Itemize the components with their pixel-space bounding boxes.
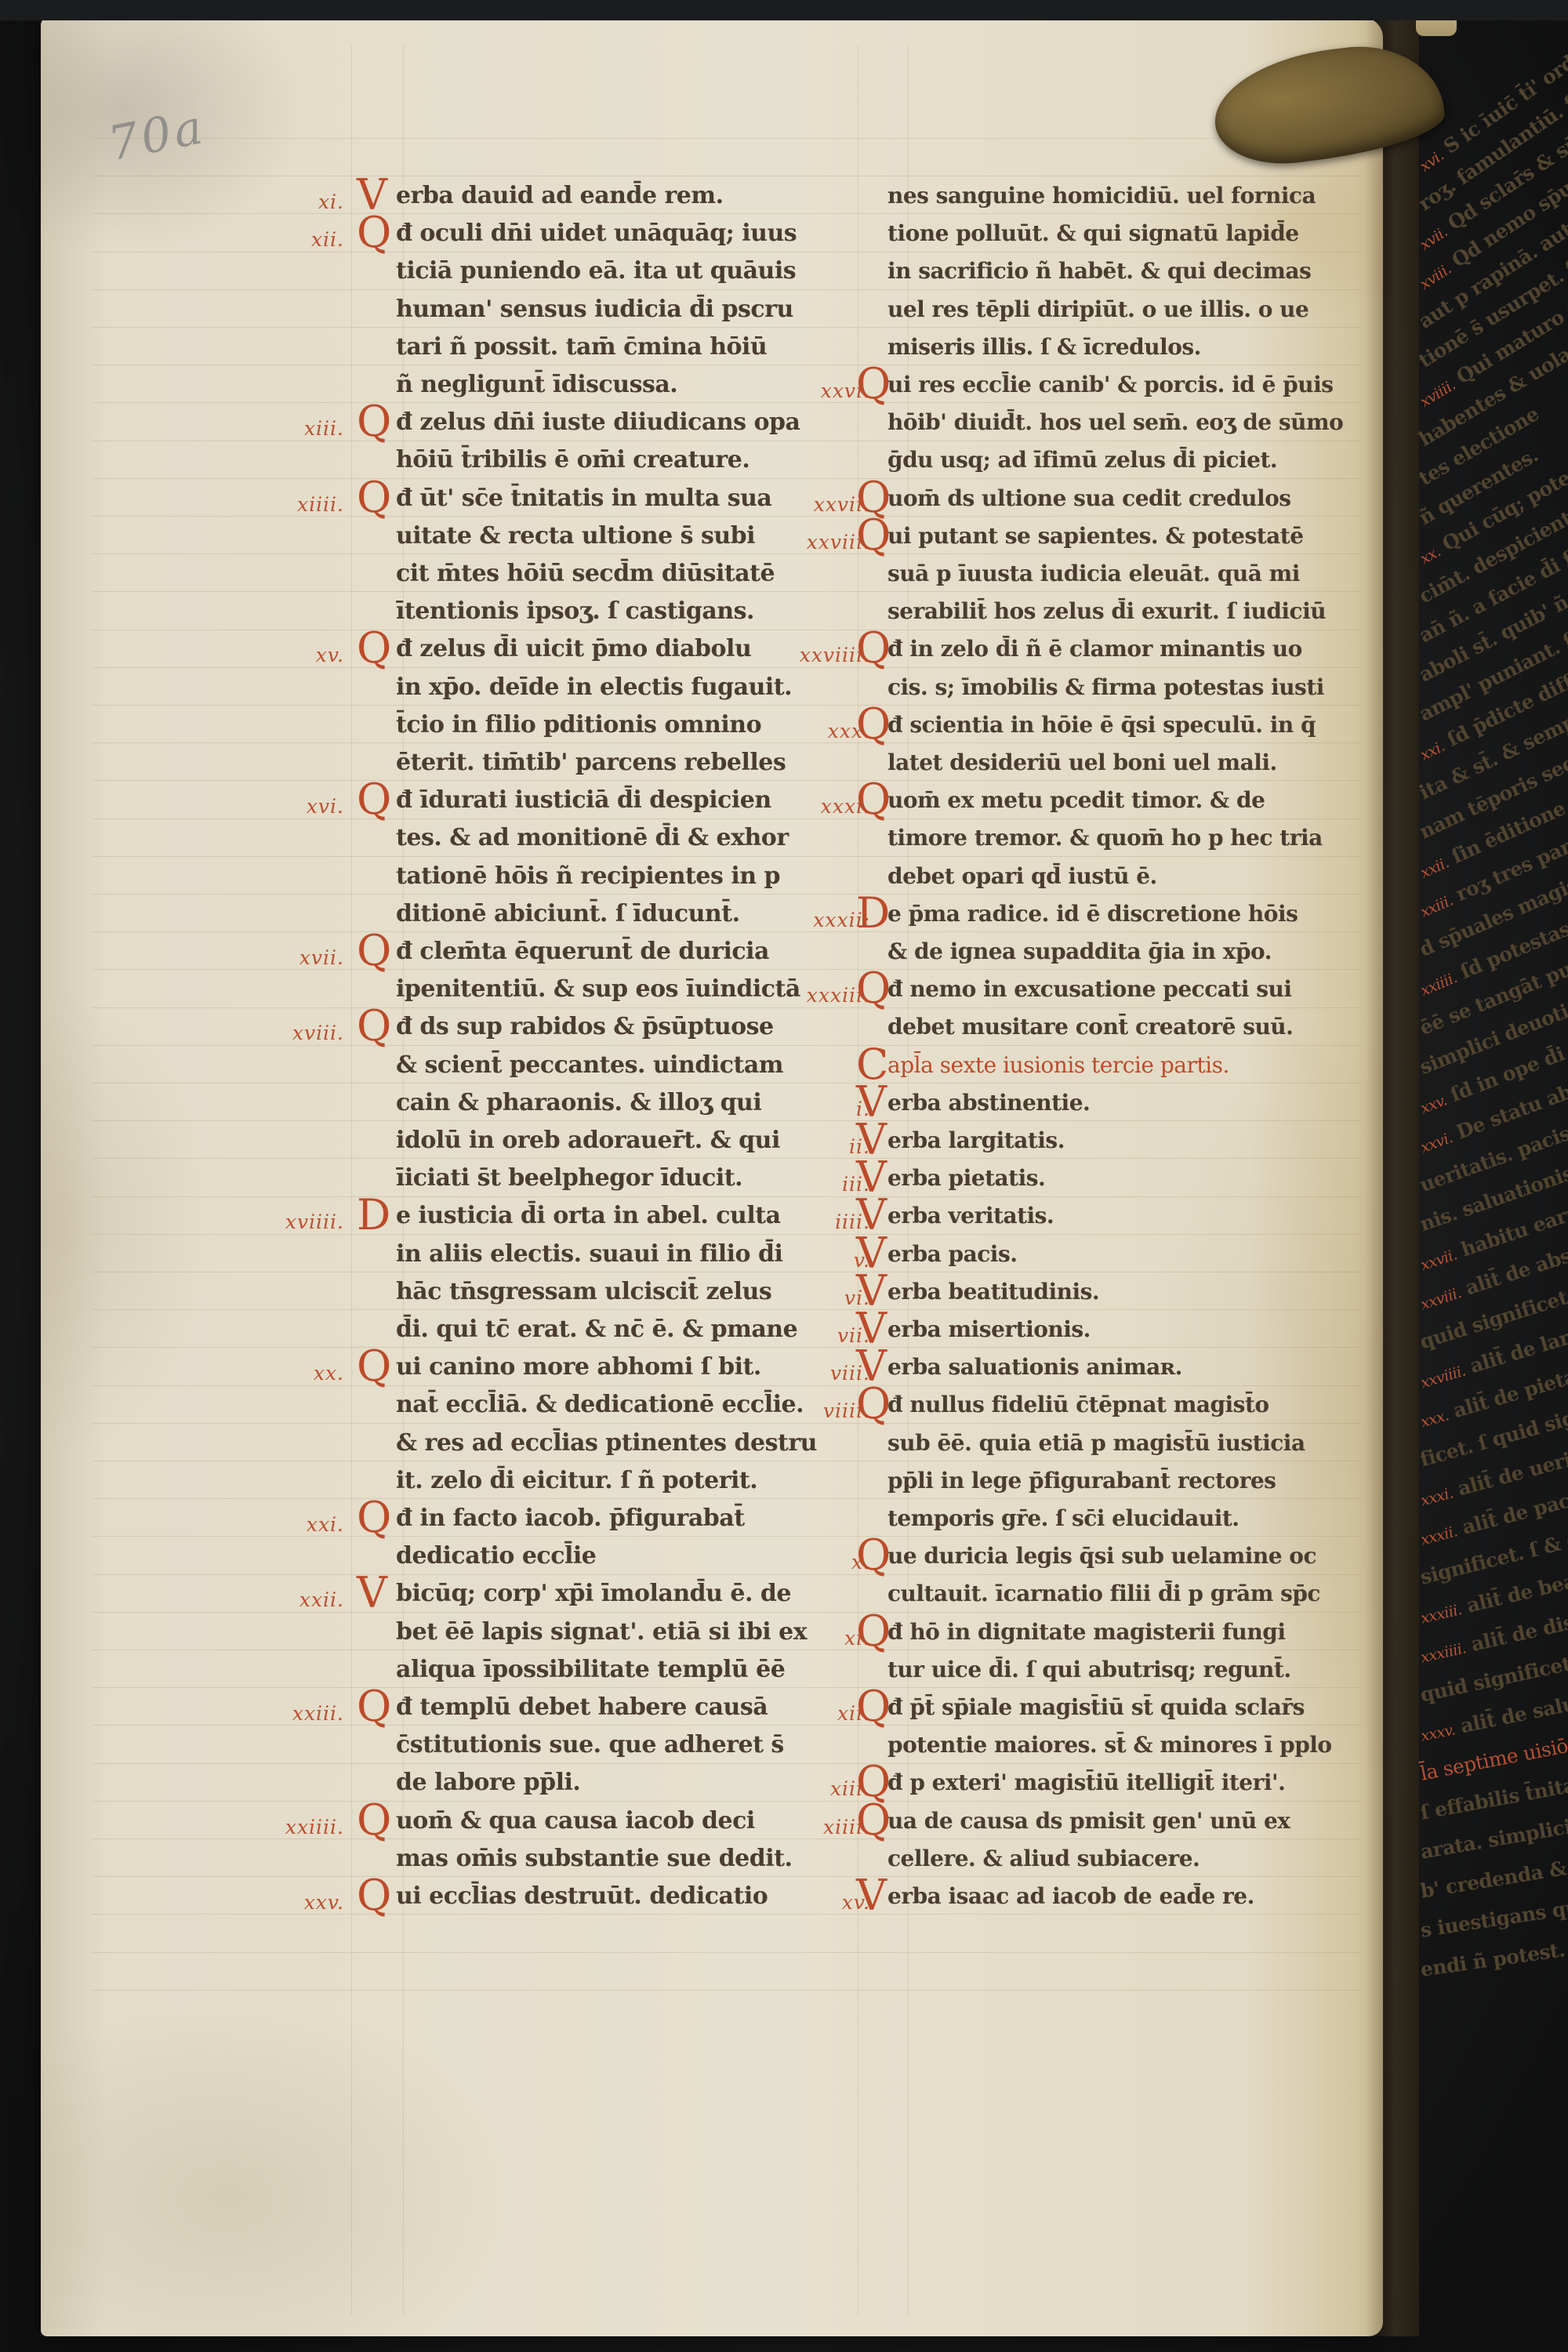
line-text: aliqua īpossibilitate templū ēē xyxy=(396,1656,785,1683)
text-line: xii.Qđ oculi dn̄i uidet unāquāq; iuus xyxy=(396,216,797,255)
text-line: viii.Verba saluationis animaʀ. xyxy=(887,1350,1182,1388)
red-chapter-initial: Q xyxy=(856,1383,891,1425)
line-text: temporis gr̄e. ſ sc̄i elucidauit. xyxy=(887,1505,1240,1531)
red-chapter-initial: Q xyxy=(856,1534,891,1577)
text-line: hōiū t̄ribilis ē om̄i creature. xyxy=(396,443,750,481)
line-text: uitate & recta ultione s̄ subi xyxy=(396,522,755,550)
text-line: cain & pharaonis. & illoʒ qui xyxy=(396,1086,761,1124)
margin-chapter-numeral: xxii. xyxy=(299,1583,344,1617)
line-text: đ ds sup rabidos & p̄sūptuose xyxy=(396,1013,774,1040)
margin-chapter-numeral: xx. xyxy=(1417,543,1443,568)
red-chapter-initial: Q xyxy=(357,1799,391,1842)
text-line: miseris illis. ſ & īcredulos. xyxy=(887,330,1201,368)
red-chapter-initial: Q xyxy=(357,779,391,821)
text-line: xxviii.Qui putant se sapientes. & potest… xyxy=(887,519,1304,557)
text-line: xxxi.Quom̄ ex metu pcedit timor. & de xyxy=(887,783,1265,822)
line-text: cit m̄tes hōiū secd̄m diūsitatē xyxy=(396,560,775,587)
line-text: & scient̄ peccantes. uindictam xyxy=(396,1051,783,1079)
margin-chapter-numeral: xxviii. xyxy=(1418,1284,1463,1313)
line-text: tari ñ possit. tam̄ c̄mina hōiū xyxy=(396,333,767,361)
line-text: ui eccl̄ias destruūt. dedicatio xyxy=(396,1882,768,1910)
margin-chapter-numeral: xxxiiii. xyxy=(1419,1639,1468,1666)
line-text: it. zelo d̄i eicitur. ſ ñ poterit. xyxy=(396,1467,757,1494)
text-line: serabilit̄ hos zelus d̄i exurit. ſ iudic… xyxy=(887,594,1326,633)
line-text: in xp̄o. deīde in electis fugauit. xyxy=(396,673,792,701)
margin-chapter-numeral: xxvi. xyxy=(1418,1129,1455,1156)
line-text: tationē hōis ñ recipientes in p xyxy=(396,862,780,890)
text-line: ītentionis ipsoʒ. ſ castigans. xyxy=(396,594,754,633)
red-chapter-initial: D xyxy=(856,892,890,935)
text-line: xiii.Qđ zelus dn̄i iuste diiudicans opa xyxy=(396,405,800,444)
line-text: đ nullus fideliū c̄tēpnat magist̄o xyxy=(887,1392,1269,1417)
line-text: debet opari qd̄ iustū ē. xyxy=(887,863,1157,889)
line-text: de labore pp̄li. xyxy=(396,1769,580,1796)
line-text: tes. & ad monitionē d̄i & exhor xyxy=(396,824,789,851)
line-text: ui res eccl̄ie canib' & porcis. id ē p̄… xyxy=(887,372,1334,397)
margin-chapter-numeral: xi. xyxy=(318,185,344,220)
red-chapter-initial: Q xyxy=(357,1345,391,1388)
background-top xyxy=(0,0,1568,20)
red-chapter-initial: Q xyxy=(357,477,391,519)
text-line: vi.Verba beatitudinis. xyxy=(887,1275,1099,1313)
text-line: aliqua īpossibilitate templū ēē xyxy=(396,1653,785,1691)
text-line: nat̄ eccl̄iā. & dedicationē eccl̄ie. xyxy=(396,1388,804,1426)
text-line: ḡdu usq; ad īfimū zelus d̄i piciet. xyxy=(887,443,1277,481)
text-line: xi.Verba dauid ad eand̄e rem. xyxy=(396,179,724,217)
text-line: pp̄li in lege p̄figurabant̄ rectores xyxy=(887,1464,1276,1502)
margin-chapter-numeral: xviiii. xyxy=(285,1205,344,1240)
margin-chapter-numeral: xxvii. xyxy=(1418,1246,1459,1274)
line-text: nes sanguine homicidiū. uel fornica xyxy=(887,183,1316,209)
text-line: bet ēē lapis signat'. etiā si ibi ex xyxy=(396,1615,807,1653)
line-text: đ īdurati iusticiā d̄i despicien xyxy=(396,786,771,814)
line-text: erba pietatis. xyxy=(887,1165,1045,1191)
red-chapter-initial: Q xyxy=(856,627,891,670)
text-line: temporis gr̄e. ſ sc̄i elucidauit. xyxy=(887,1501,1240,1540)
line-text: ēterit. tim̄tib' parcens rebelles xyxy=(396,749,786,776)
margin-chapter-numeral: xxx. xyxy=(1419,1406,1451,1431)
text-line: human' sensus iudicia d̄i pscru xyxy=(396,292,793,331)
margin-chapter-numeral: xiiii. xyxy=(297,488,344,522)
red-chapter-initial: Q xyxy=(357,212,391,254)
line-text: bicūq; corp' xp̄i īmoland̄u ē. de xyxy=(396,1580,791,1607)
margin-chapter-numeral: xxi. xyxy=(307,1508,344,1542)
text-line: timore tremor. & quom̄ ho p hec tria xyxy=(887,821,1323,859)
margin-chapter-numeral: xvi. xyxy=(1417,147,1446,175)
red-chapter-initial: Q xyxy=(856,1610,891,1653)
margin-chapter-numeral: xviiii. xyxy=(1417,376,1459,411)
line-text: erba saluationis animaʀ. xyxy=(887,1354,1182,1380)
line-text: potentie maiores. st̄ & minores ī pplo xyxy=(887,1732,1332,1758)
text-line: xxvi.Qui res eccl̄ie canib' & porcis. id… xyxy=(887,368,1334,406)
line-text: cellere. & aliud subiacere. xyxy=(887,1846,1200,1871)
text-line: it. zelo d̄i eicitur. ſ ñ poterit. xyxy=(396,1464,757,1502)
text-line: xxv.Qui eccl̄ias destruūt. dedicatio xyxy=(396,1879,768,1918)
margin-chapter-numeral: xiii. xyxy=(304,412,344,446)
line-text: suā p īuusta iudicia eleuāt. quā mi xyxy=(887,561,1300,586)
text-line: dedicatio eccl̄ie xyxy=(396,1539,596,1577)
line-text: đ zelus d̄i uicit p̄mo diabolu xyxy=(396,635,751,662)
line-text: & de ignea supaddita ḡia in xp̄o. xyxy=(887,938,1272,964)
margin-chapter-numeral: xxxiii. xyxy=(1419,1601,1464,1628)
line-text: đ p̄t̄ sp̄iale magist̄iū st̄ quida scla… xyxy=(887,1694,1305,1720)
text-line: xxi.Qđ in facto iacob. p̄figurabat̄ xyxy=(396,1501,745,1540)
line-text: uel res tēpli diripiūt. o ue illis. o … xyxy=(887,296,1308,322)
red-chapter-initial: Q xyxy=(357,1497,391,1539)
text-line: xxxiii.Qđ nemo in excusatione peccati su… xyxy=(887,972,1292,1011)
text-line: xxxii:De p̄ma radice. id ē discretione … xyxy=(887,897,1298,935)
line-text: erba isaac ad iacob de ead̄e re. xyxy=(887,1883,1254,1909)
gutter-shadow xyxy=(1366,17,1419,2336)
manuscript-photo: { "folio": "70a", "colors": { "backgroun… xyxy=(0,0,1568,2352)
text-line: in aliis electis. suaui in filio d̄i xyxy=(396,1237,782,1276)
red-chapter-initial: Q xyxy=(357,1686,391,1728)
text-line: iiii.Verba veritatis. xyxy=(887,1199,1054,1237)
text-line: nes sanguine homicidiū. uel fornica xyxy=(887,179,1316,217)
text-line: iii.Verba pietatis. xyxy=(887,1161,1045,1200)
text-line: tationē hōis ñ recipientes in p xyxy=(396,859,780,898)
line-text: ui putant se sapientes. & potestatē xyxy=(887,523,1304,549)
red-chapter-initial: Q xyxy=(357,401,391,443)
line-text: tur uice d̄i. ſ qui abutrisq; regunt̄. xyxy=(887,1657,1291,1682)
text-line: īiciati s̄t beelphegor īducit. xyxy=(396,1161,742,1200)
text-line: xxx.Qđ scientia in hōie ē q̄si speculu… xyxy=(887,708,1316,746)
line-text: đ ūt' sc̄e t̄nitatis in multa sua xyxy=(396,485,771,512)
red-chapter-initial: V xyxy=(357,1572,387,1614)
line-text: ue duricia legis q̄si sub uelamine oc xyxy=(887,1543,1316,1569)
line-text: erba abstinentie. xyxy=(887,1090,1090,1116)
text-line: tur uice d̄i. ſ qui abutrisq; regunt̄. xyxy=(887,1653,1291,1691)
text-line: ii.Verba largitatis. xyxy=(887,1123,1065,1162)
red-chapter-initial: Q xyxy=(856,779,891,821)
text-line: in sacrificio ñ habēt. & qui decimas xyxy=(887,254,1311,292)
text-line: xv.Verba isaac ad iacob de ead̄e re. xyxy=(887,1879,1254,1918)
text-line: cit m̄tes hōiū secd̄m diūsitatē xyxy=(396,557,775,595)
line-text: ditionē abiciunt̄. ſ īducunt̄. xyxy=(396,900,740,927)
text-line: uel res tēpli diripiūt. o ue illis. o … xyxy=(887,292,1308,331)
line-text: pp̄li in lege p̄figurabant̄ rectores xyxy=(887,1468,1276,1494)
margin-chapter-numeral: xxi. xyxy=(1417,738,1447,764)
line-text: đ templū debet habere causā xyxy=(396,1693,768,1721)
line-text: cultauit. īcarnatio filii d̄i p grām s… xyxy=(887,1581,1320,1606)
text-line: cellere. & aliud subiacere. xyxy=(887,1842,1200,1880)
text-line: xiiii.Qua de causa ds pmisit gen' unū e… xyxy=(887,1804,1290,1842)
text-line: t̄cio in filio pditionis omnino xyxy=(396,708,761,746)
margin-chapter-numeral: xxiiii. xyxy=(1418,969,1460,1000)
red-chapter-initial: Q xyxy=(357,1005,391,1047)
text-line: i.Verba abstinentie. xyxy=(887,1086,1090,1124)
margin-chapter-numeral: xxv. xyxy=(1418,1091,1450,1117)
line-text: e p̄ma radice. id ē discretione hōis xyxy=(887,901,1298,927)
margin-chapter-numeral: xxiii. xyxy=(1418,891,1456,920)
text-line: xxviiii.Qđ in zelo d̄i ñ ē clamor mina… xyxy=(887,632,1302,670)
line-text: erba beatitudinis. xyxy=(887,1279,1099,1305)
line-text: hāc tn̄sgressam ulciscit̄ zelus xyxy=(396,1278,771,1305)
line-text: debet musitare cont̄ creatorē suū. xyxy=(887,1014,1293,1040)
red-chapter-initial: Q xyxy=(856,514,891,557)
margin-chapter-numeral: xvii. xyxy=(299,941,344,975)
text-line: in xp̄o. deīde in electis fugauit. xyxy=(396,670,792,709)
text-line: debet musitare cont̄ creatorē suū. xyxy=(887,1010,1293,1048)
margin-chapter-numeral: xxxi. xyxy=(1419,1484,1455,1509)
text-line: xvii.Qđ clem̄ta ēquerunt̄ de duricia xyxy=(396,935,769,973)
red-chapter-initial: D xyxy=(357,1194,390,1236)
line-text: latet desideriū uel boni uel mali. xyxy=(887,750,1277,775)
text-line: ipenitentiū. & sup eos īuindictā xyxy=(396,972,800,1011)
text-line: ēterit. tim̄tib' parcens rebelles xyxy=(396,746,786,784)
text-line: xii.Qđ p̄t̄ sp̄iale magist̄iū st̄ quida… xyxy=(887,1690,1305,1729)
margin-chapter-numeral: xxviiii. xyxy=(1419,1362,1468,1392)
margin-chapter-numeral: xxv. xyxy=(304,1886,344,1920)
line-text: c̄stitutionis sue. que adheret s̄ xyxy=(396,1731,784,1759)
text-line: xviii.Qđ ds sup rabidos & p̄sūptuose xyxy=(396,1010,774,1048)
line-text: erba pacis. xyxy=(887,1241,1017,1267)
line-text: tione polluūt. & qui signatū lapid̄e xyxy=(887,220,1299,246)
line-text: đ zelus dn̄i iuste diiudicans opa xyxy=(396,408,800,436)
margin-chapter-numeral: xxxii. xyxy=(1419,1523,1459,1548)
line-text: đ in zelo d̄i ñ ē clamor minantis uo xyxy=(887,636,1302,662)
line-text: uom̄ ex metu pcedit timor. & de xyxy=(887,787,1265,813)
line-text: ḡdu usq; ad īfimū zelus d̄i piciet. xyxy=(887,447,1277,473)
text-line: xxiiii.Quom̄ & qua causa iacob deci xyxy=(396,1804,755,1842)
text-line: tari ñ possit. tam̄ c̄mina hōiū xyxy=(396,330,767,368)
text-line: mas om̄is substantie sue dedit. xyxy=(396,1842,792,1880)
text-line: ditionē abiciunt̄. ſ īducunt̄. xyxy=(396,897,740,935)
margin-chapter-numeral: xviii. xyxy=(292,1016,344,1051)
line-text: đ nemo in excusatione peccati sui xyxy=(887,976,1292,1002)
text-line: & scient̄ peccantes. uindictam xyxy=(396,1048,783,1087)
line-text: apl̄a sexte iusionis tercie partis. xyxy=(887,1052,1229,1078)
line-text: hōiū t̄ribilis ē om̄i creature. xyxy=(396,446,750,474)
line-text: idolū in oreb adorauer̄t. & qui xyxy=(396,1127,780,1154)
text-line: & res ad eccl̄ias ptinentes destru xyxy=(396,1426,817,1465)
line-text: mas om̄is substantie sue dedit. xyxy=(396,1845,792,1872)
line-text: d̄i. qui tc̄ erat. & nc̄ ē. & pmane xyxy=(396,1316,797,1343)
line-text: t̄cio in filio pditionis omnino xyxy=(396,711,761,739)
line-text: īiciati s̄t beelphegor īducit. xyxy=(396,1164,742,1192)
margin-chapter-numeral: xii. xyxy=(311,223,344,257)
line-text: ticiā puniendo eā. ita ut quāuis xyxy=(396,257,796,285)
text-line: c̄stitutionis sue. que adheret s̄ xyxy=(396,1728,784,1766)
text-line: xxvii.Quom̄ ds ultione sua cedit credulo… xyxy=(887,481,1291,520)
red-chapter-initial: Q xyxy=(856,967,891,1010)
line-text: uom̄ ds ultione sua cedit credulos xyxy=(887,485,1291,511)
line-text: đ hō in dignitate magisterii fungi xyxy=(887,1619,1285,1645)
line-text: cain & pharaonis. & illoʒ qui xyxy=(396,1089,761,1116)
text-line: tes. & ad monitionē d̄i & exhor xyxy=(396,821,789,859)
line-text: bet ēē lapis signat'. etiā si ibi ex xyxy=(396,1618,807,1646)
line-text: sub ēē. quia etiā p magist̄ū iustici… xyxy=(887,1430,1305,1456)
text-line: xiii.Qđ p exteri' magist̄iū itelligit̄ … xyxy=(887,1766,1285,1804)
text-line: idolū in oreb adorauer̄t. & qui xyxy=(396,1123,780,1162)
line-text: erba veritatis. xyxy=(887,1203,1054,1229)
manuscript-right-page: xvi.S ic īuic̄ t̄i' ordo. domroʒ. famul… xyxy=(1416,20,1568,2343)
line-text: đ oculi dn̄i uidet unāquāq; iuus xyxy=(396,220,797,247)
line-text: erba largitatis. xyxy=(887,1127,1065,1153)
line-text: human' sensus iudicia d̄i pscru xyxy=(396,296,793,323)
red-chapter-initial: Q xyxy=(856,1799,891,1842)
text-line: potentie maiores. st̄ & minores ī pplo xyxy=(887,1728,1332,1766)
line-text: đ in facto iacob. p̄figurabat̄ xyxy=(396,1504,745,1532)
margin-chapter-numeral: xvii. xyxy=(1417,223,1450,254)
text-line: tione polluūt. & qui signatū lapid̄e xyxy=(887,216,1299,255)
line-text: ui canino more abhomi ſ bit. xyxy=(396,1353,761,1381)
red-chapter-initial: Q xyxy=(856,703,891,746)
margin-chapter-numeral: xv. xyxy=(316,638,344,673)
margin-chapter-numeral: xxiiii. xyxy=(285,1810,344,1845)
text-line: uitate & recta ultione s̄ subi xyxy=(396,519,755,557)
line-text: cis. s; īmobilis & firma potestas iusti xyxy=(887,674,1324,700)
text-line: xiiii.Qđ ūt' sc̄e t̄nitatis in multa su… xyxy=(396,481,771,520)
text-line: debet opari qd̄ iustū ē. xyxy=(887,859,1157,898)
text-line: hōib' diuid̄t. hos uel sem̄. eoʒ de sū… xyxy=(887,405,1343,444)
text-line: xi.Qđ hō in dignitate magisterii fungi xyxy=(887,1615,1285,1653)
line-text: ua de causa ds pmisit gen' unū ex xyxy=(887,1808,1290,1834)
red-chapter-initial: Q xyxy=(856,1686,891,1728)
line-text: dedicatio eccl̄ie xyxy=(396,1542,596,1570)
line-text: erba dauid ad eand̄e rem. xyxy=(396,182,724,209)
text-line: suā p īuusta iudicia eleuāt. quā mi xyxy=(887,557,1300,595)
text-line: cultauit. īcarnatio filii d̄i p grām s… xyxy=(887,1577,1320,1615)
line-text: ītentionis ipsoʒ. ſ castigans. xyxy=(396,597,754,625)
margin-chapter-numeral: xxxv. xyxy=(1419,1721,1457,1744)
line-text: erba misertionis. xyxy=(887,1316,1091,1342)
text-line: xxiii.Qđ templū debet habere causā xyxy=(396,1690,768,1729)
text-line: de labore pp̄li. xyxy=(396,1766,580,1804)
line-text: hōib' diuid̄t. hos uel sem̄. eoʒ de sū… xyxy=(887,409,1343,435)
line-text: miseris illis. ſ & īcredulos. xyxy=(887,334,1201,360)
text-line: xviiii.De iusticia d̄i orta in abel. cul… xyxy=(396,1199,781,1237)
text-line: ticiā puniendo eā. ita ut quāuis xyxy=(396,254,796,292)
line-text: e iusticia d̄i orta in abel. culta xyxy=(396,1202,781,1229)
text-line: xxii.Vbicūq; corp' xp̄i īmoland̄u ē. … xyxy=(396,1577,791,1615)
red-chapter-initial: Q xyxy=(856,363,891,405)
line-text: timore tremor. & quom̄ ho p hec tria xyxy=(887,825,1323,851)
text-line: d̄i. qui tc̄ erat. & nc̄ ē. & pmane xyxy=(396,1312,797,1351)
margin-chapter-numeral: xviii. xyxy=(1417,260,1454,293)
red-chapter-initial: V xyxy=(856,1875,887,1917)
line-text: ñ negligunt̄ īdiscussa. xyxy=(396,371,677,398)
text-line: vii.Verba misertionis. xyxy=(887,1312,1091,1351)
text-line: sub ēē. quia etiā p magist̄ū iustici… xyxy=(887,1426,1305,1465)
line-text: in sacrificio ñ habēt. & qui decimas xyxy=(887,258,1311,284)
column-2: nes sanguine homicidiū. uel fornication… xyxy=(887,179,1327,1982)
text-line: hāc tn̄sgressam ulciscit̄ zelus xyxy=(396,1275,771,1313)
line-text: nat̄ eccl̄iā. & dedicationē eccl̄ie. xyxy=(396,1391,804,1418)
text-line: viiii.Qđ nullus fideliū c̄tēpnat magis… xyxy=(887,1388,1269,1426)
text-line: xx.Qui canino more abhomi ſ bit. xyxy=(396,1350,761,1388)
red-chapter-initial: Q xyxy=(357,930,391,972)
margin-chapter-numeral: xxiii. xyxy=(292,1697,344,1731)
text-line: v.Verba pacis. xyxy=(887,1237,1017,1276)
margin-chapter-numeral: xvi. xyxy=(307,789,344,824)
text-line: ñ negligunt̄ īdiscussa. xyxy=(396,368,677,406)
line-text: & res ad eccl̄ias ptinentes destru xyxy=(396,1429,817,1457)
line-text: ipenitentiū. & sup eos īuindictā xyxy=(396,975,800,1003)
text-line: & de ignea supaddita ḡia in xp̄o. xyxy=(887,935,1272,973)
margin-chapter-numeral: xx. xyxy=(314,1356,344,1391)
red-chapter-initial: Q xyxy=(357,627,391,670)
line-text: uom̄ & qua causa iacob deci xyxy=(396,1807,755,1835)
line-text: đ scientia in hōie ē q̄si speculū. in… xyxy=(887,712,1316,738)
text-line: x.Que duricia legis q̄si sub uelamine oc xyxy=(887,1539,1316,1577)
rubric-line: Capl̄a sexte iusionis tercie partis. xyxy=(887,1048,1229,1087)
line-text: đ clem̄ta ēquerunt̄ de duricia xyxy=(396,938,769,965)
margin-chapter-numeral: xxii. xyxy=(1417,854,1451,881)
line-text: đ p exteri' magist̄iū itelligit̄ iteri'… xyxy=(887,1769,1285,1795)
text-line: latet desideriū uel boni uel mali. xyxy=(887,746,1277,784)
text-line: xv.Qđ zelus d̄i uicit p̄mo diabolu xyxy=(396,632,751,670)
red-chapter-initial: Q xyxy=(357,1875,391,1917)
text-line: xvi.Qđ īdurati iusticiā d̄i despicien xyxy=(396,783,771,822)
line-text: serabilit̄ hos zelus d̄i exurit. ſ iudic… xyxy=(887,598,1326,624)
column-1: xi.Verba dauid ad eand̄e rem.xii.Qđ ocul… xyxy=(396,179,804,1982)
text-line: cis. s; īmobilis & firma potestas iusti xyxy=(887,670,1324,709)
line-text: in aliis electis. suaui in filio d̄i xyxy=(396,1240,782,1268)
